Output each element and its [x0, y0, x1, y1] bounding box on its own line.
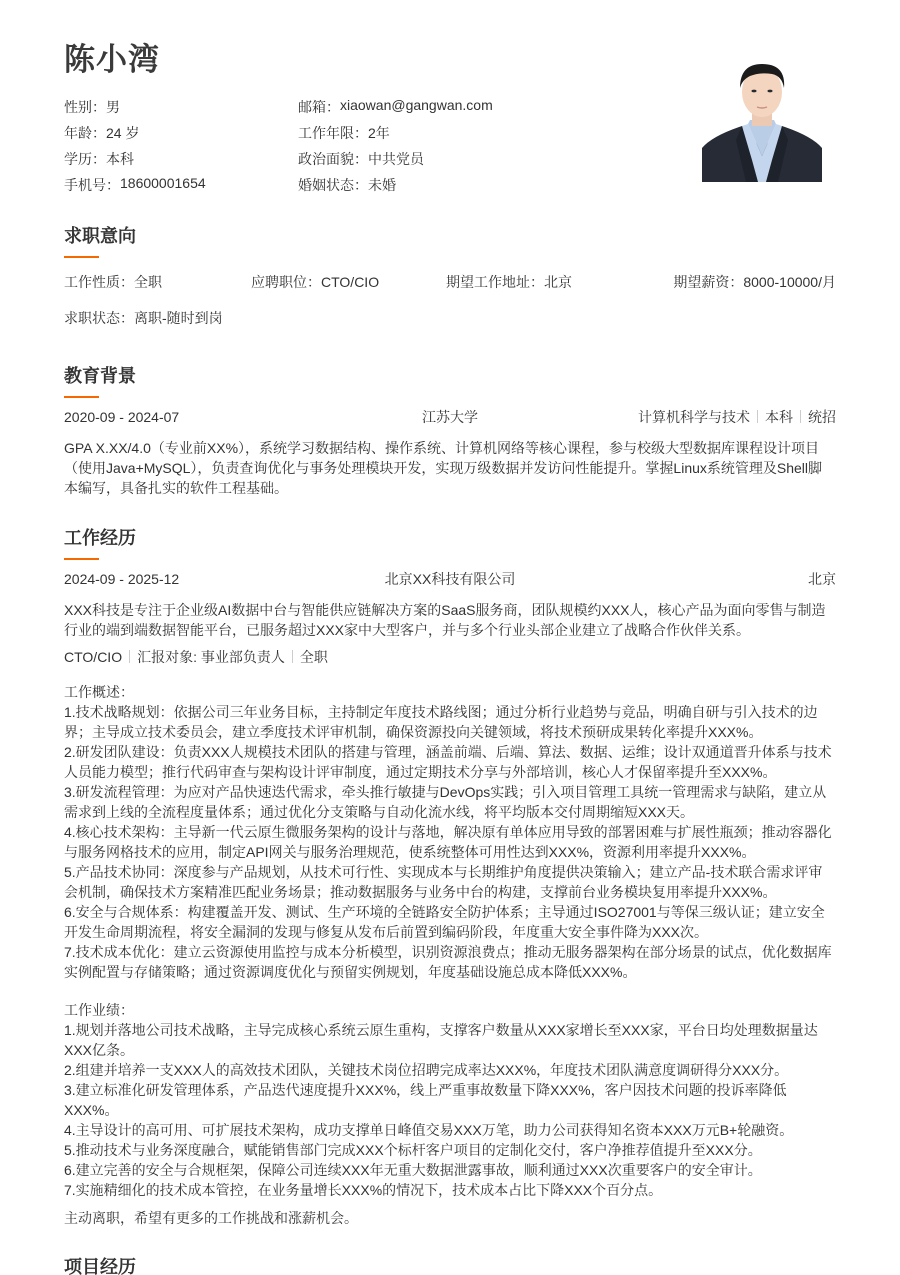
work-years-field: 工作年限：2年	[298, 123, 390, 143]
section-title-education: 教育背景	[64, 364, 136, 388]
education-details: 计算机科学与技术本科统招	[638, 406, 836, 428]
field-value: 本科	[106, 149, 134, 169]
field-label: 期望薪资：	[673, 274, 743, 290]
field-label: 性别：	[64, 97, 106, 117]
field-value: xiaowan@gangwan.com	[340, 97, 493, 117]
phone-field: 手机号：18600001654	[64, 175, 298, 195]
marital-status-field: 婚姻状态：未婚	[298, 175, 396, 195]
achievement-item: 5.推动技术与业务深度融合，赋能销售部门完成XXX个标杆客户项目的定制化交付，客…	[64, 1140, 836, 1160]
field-label: 工作性质：	[64, 274, 134, 290]
field-value: 18600001654	[120, 175, 206, 195]
work-overview: 工作概述： 1.技术战略规划：依据公司三年业务目标，主持制定年度技术路线图；通过…	[64, 682, 836, 982]
overview-item: 7.技术成本优化：建立云资源使用监控与成本分析模型，识别资源浪费点；推动无服务器…	[64, 942, 836, 982]
section-accent-bar	[64, 256, 99, 258]
section-accent-bar	[64, 558, 99, 560]
gender-field: 性别：男	[64, 97, 298, 117]
divider	[800, 410, 801, 423]
work-role-row: CTO/CIO汇报对象: 事业部负责人全职	[64, 647, 836, 667]
overview-item: 3.研发流程管理：为应对产品快速迭代需求，牵头推行敏捷与DevOps实践；引入项…	[64, 782, 836, 822]
overview-item: 4.核心技术架构：主导新一代云原生微服务架构的设计与落地，解决原有单体应用导致的…	[64, 822, 836, 862]
overview-item: 1.技术战略规划：依据公司三年业务目标，主持制定年度技术路线图；通过分析行业趋势…	[64, 702, 836, 742]
job-status-field: 求职状态：离职-随时到岗	[64, 307, 223, 329]
education-description: GPA X.XX/4.0（专业前XX%），系统学习数据结构、操作系统、计算机网络…	[64, 438, 836, 498]
job-type: 全职	[300, 649, 328, 665]
field-value: 离职-随时到岗	[134, 310, 223, 326]
portrait-icon	[702, 60, 822, 182]
work-city: 北京	[808, 568, 836, 590]
report-to: 汇报对象: 事业部负责人	[137, 649, 285, 665]
field-value: 2年	[368, 123, 390, 143]
achievement-item: 1.规划并落地公司技术战略，主导完成核心系统云原生重构，支撑客户数量从XXX家增…	[64, 1020, 836, 1060]
achievements-label: 工作业绩：	[64, 1000, 836, 1020]
leave-reason-text: 主动离职，希望有更多的工作挑战和涨薪机会。	[64, 1208, 836, 1228]
field-value: 男	[106, 97, 120, 117]
field-label: 应聘职位：	[251, 274, 321, 290]
section-title-work: 工作经历	[64, 526, 136, 550]
company-name: 北京XX科技有限公司	[64, 568, 836, 590]
section-title-projects: 项目经历	[64, 1255, 136, 1275]
divider	[757, 410, 758, 423]
section-title-job-intent: 求职意向	[64, 224, 136, 248]
political-status-field: 政治面貌：中共党员	[298, 149, 424, 169]
achievement-item: 3.建立标准化研发管理体系，产品迭代速度提升XXX%，线上严重事故数量下降XXX…	[64, 1080, 836, 1120]
company-intro: XXX科技是专注于企业级AI数据中台与智能供应链解决方案的SaaS服务商，团队规…	[64, 600, 836, 640]
job-title: CTO/CIO	[64, 649, 122, 665]
overview-item: 5.产品技术协同：深度参与产品规划，从技术可行性、实现成本与长期维护角度提供决策…	[64, 862, 836, 902]
description-text: GPA X.XX/4.0（专业前XX%），系统学习数据结构、操作系统、计算机网络…	[64, 438, 836, 498]
position-field: 应聘职位：CTO/CIO	[251, 271, 379, 293]
overview-item: 2.研发团队建设：负责XXX人规模技术团队的搭建与管理，涵盖前端、后端、算法、数…	[64, 742, 836, 782]
field-label: 工作年限：	[298, 123, 368, 143]
field-label: 学历：	[64, 149, 106, 169]
education-level-field: 学历：本科	[64, 149, 298, 169]
location-field: 期望工作地址：北京	[446, 271, 572, 293]
field-value: 未婚	[368, 175, 396, 195]
field-label: 期望工作地址：	[446, 274, 544, 290]
overview-label: 工作概述：	[64, 682, 836, 702]
company-intro-text: XXX科技是专注于企业级AI数据中台与智能供应链解决方案的SaaS服务商，团队规…	[64, 600, 836, 640]
field-label: 求职状态：	[64, 310, 134, 326]
field-value: 北京	[544, 274, 572, 290]
work-achievements: 工作业绩： 1.规划并落地公司技术战略，主导完成核心系统云原生重构，支撑客户数量…	[64, 1000, 836, 1200]
section-accent-bar	[64, 396, 99, 398]
info-row: 学历：本科 政治面貌：中共党员	[64, 146, 664, 172]
divider	[129, 650, 130, 663]
job-intent-row: 工作性质：全职 应聘职位：CTO/CIO 期望工作地址：北京 期望薪资：8000…	[64, 271, 836, 293]
info-row: 性别：男 邮箱：xiaowan@gangwan.com	[64, 94, 664, 120]
field-value: 全职	[134, 274, 162, 290]
overview-item: 6.安全与合规体系：构建覆盖开发、测试、生产环境的全链路安全防护体系；主导通过I…	[64, 902, 836, 942]
field-value: 8000-10000/月	[743, 274, 836, 290]
field-value: 24 岁	[106, 123, 139, 143]
field-label: 婚姻状态：	[298, 175, 368, 195]
info-row: 年龄：24 岁 工作年限：2年	[64, 120, 664, 146]
major: 计算机科学与技术	[638, 409, 750, 425]
salary-field: 期望薪资：8000-10000/月	[673, 271, 836, 293]
info-row: 手机号：18600001654 婚姻状态：未婚	[64, 172, 664, 198]
achievement-item: 4.主导设计的高可用、可扩展技术架构，成功支撑单日峰值交易XXX万笔，助力公司获…	[64, 1120, 836, 1140]
job-type-field: 工作性质：全职	[64, 271, 162, 293]
leave-reason: 主动离职，希望有更多的工作挑战和涨薪机会。	[64, 1208, 836, 1228]
resume-page: 陈小湾 性别：男 邮箱：xiaowan@gangwan.com 年龄：24 岁 …	[0, 0, 900, 1275]
education-header-row: 2020-09 - 2024-07 江苏大学 计算机科学与技术本科统招	[64, 406, 836, 428]
degree: 本科	[765, 409, 793, 425]
job-status-row: 求职状态：离职-随时到岗	[64, 307, 836, 329]
age-field: 年龄：24 岁	[64, 123, 298, 143]
field-label: 年龄：	[64, 123, 106, 143]
profile-photo	[702, 60, 822, 182]
field-label: 手机号：	[64, 175, 120, 195]
enrollment-type: 统招	[808, 409, 836, 425]
work-header-row: 2024-09 - 2025-12 北京XX科技有限公司 北京	[64, 568, 836, 590]
field-label: 政治面貌：	[298, 149, 368, 169]
email-field: 邮箱：xiaowan@gangwan.com	[298, 97, 493, 117]
field-value: CTO/CIO	[321, 274, 379, 290]
field-label: 邮箱：	[298, 97, 340, 117]
divider	[292, 650, 293, 663]
candidate-name: 陈小湾	[64, 38, 160, 82]
achievement-item: 6.建立完善的安全与合规框架，保障公司连续XXX年无重大数据泄露事故，顺利通过X…	[64, 1160, 836, 1180]
field-value: 中共党员	[368, 149, 424, 169]
personal-info: 性别：男 邮箱：xiaowan@gangwan.com 年龄：24 岁 工作年限…	[64, 94, 664, 198]
achievement-item: 2.组建并培养一支XXX人的高效技术团队，关键技术岗位招聘完成率达XXX%，年度…	[64, 1060, 836, 1080]
achievement-item: 7.实施精细化的技术成本管控，在业务量增长XXX%的情况下，技术成本占比下降XX…	[64, 1180, 836, 1200]
